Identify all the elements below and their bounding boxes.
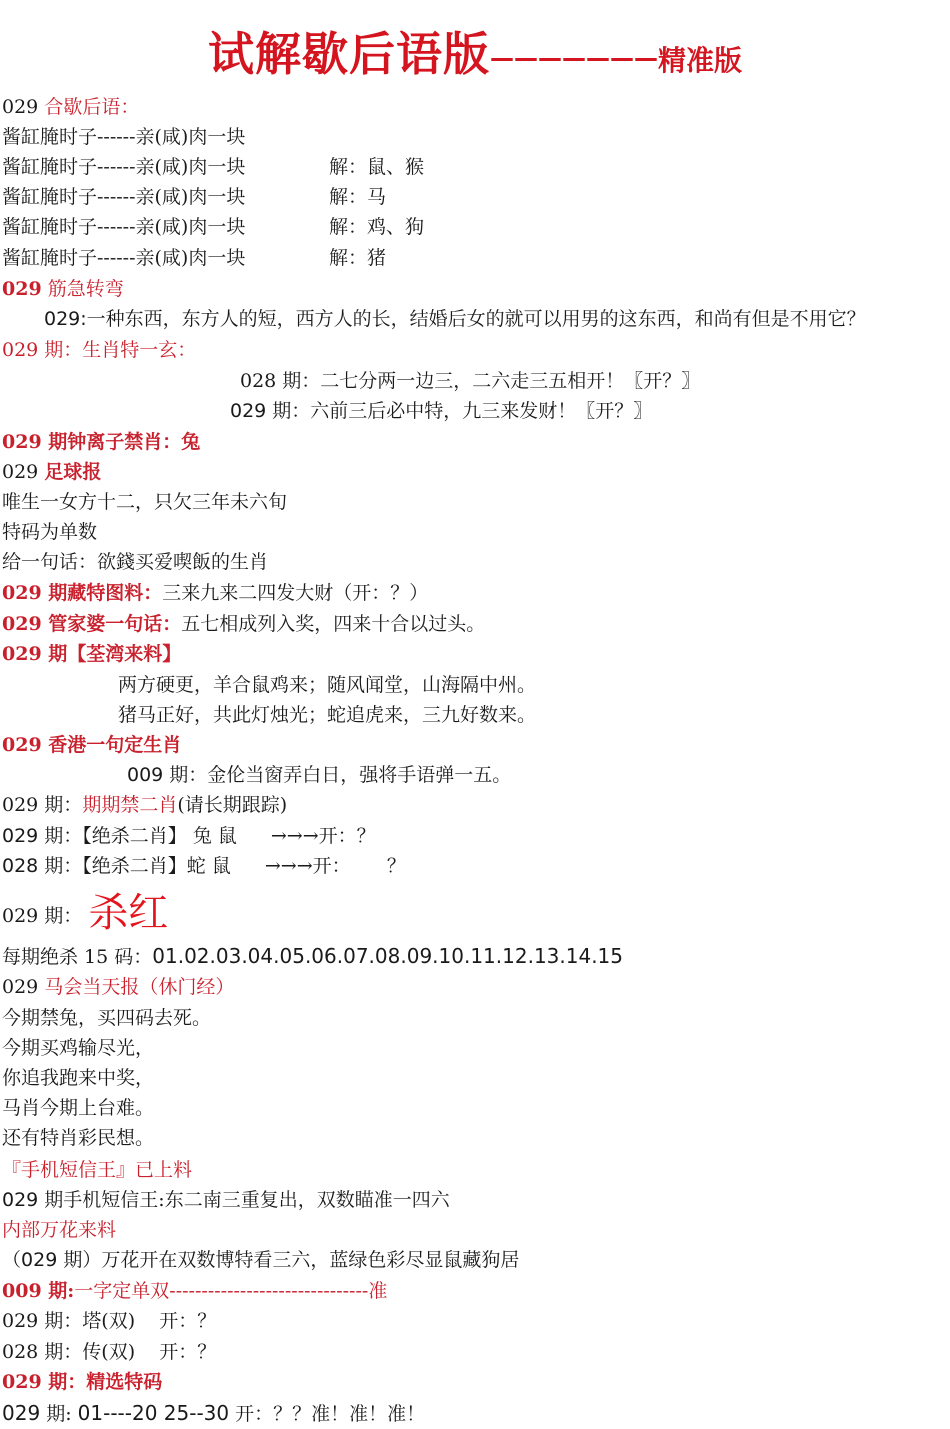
verse-text: 五七相成列入奖，四来十合以过头。: [181, 613, 485, 635]
page-title: 试解歇后语版———————精准版: [0, 18, 950, 84]
mahui-line: 你追我跑来中奖，: [2, 1063, 154, 1093]
verse-text: 期：六前三后必中特，九三来发财！〖开？〗: [266, 400, 652, 422]
xiehouyu-line: 酱缸腌时子------亲(咸)肉一块 解：鼠、猴: [2, 152, 942, 182]
kill-color-text: 杀红: [88, 890, 168, 936]
football-line: 唯生一女方十二，只欠三年未六旬: [2, 487, 287, 517]
section-heading: 029 期藏特图料：: [2, 582, 162, 604]
xiehouyu-line: 酱缸腌时子------亲(咸)肉一块 解：鸡、狗: [2, 212, 942, 242]
section-heading: 足球报: [44, 461, 101, 483]
question-text: 一种东西，东方人的短，西方人的长，结婚后女的就可以用男的这东西，和尚有但是不用它…: [87, 308, 866, 330]
section-heading: 合歇后语：: [44, 96, 139, 118]
issue-number: 029 期：: [2, 905, 82, 927]
jin-er-xiao-row: 028 期：【绝杀二肖】蛇 鼠→→→开： ？: [2, 851, 406, 881]
xiehouyu-line: 酱缸腌时子------亲(咸)肉一块 解：马: [2, 182, 942, 212]
jingxuan-row: 029 期: 01----20 25--30 开：？？准！准！准！: [2, 1398, 425, 1428]
riddle-text: 酱缸腌时子------亲(咸)肉一块: [2, 247, 245, 269]
bracket: （: [2, 1249, 21, 1271]
number-range: 01----20 25--30: [78, 1401, 229, 1425]
issue-number: 029 期: [2, 643, 67, 665]
shengxiao-line-028: 028 期：二七分两一边三，二六走三五相开！〖开？〗: [240, 366, 700, 396]
row-text: 期：【绝杀二肖】蛇 鼠: [38, 855, 231, 877]
shengxiao-line-029: 029 期：六前三后必中特，九三来发财！〖开？〗: [230, 396, 652, 426]
issue-number: 029: [2, 461, 38, 483]
kill15-label: 每期绝杀 15 码：: [2, 946, 152, 968]
issue-number: 028: [2, 855, 38, 877]
danshuang-heading: 009 期:一字定单双-----------------------------…: [2, 1276, 387, 1306]
jin-er-xiao-heading: 029 期：期期禁二肖(请长期跟踪): [2, 790, 287, 820]
jin-er-xiao-row: 029 期：【绝杀二肖】 兔 鼠→→→开：？: [2, 821, 376, 851]
issue-number: 028: [240, 370, 276, 392]
issue-number: 029: [2, 825, 38, 847]
riddle-text: 酱缸腌时子------亲(咸)肉一块: [2, 126, 245, 148]
kill15-numbers: 01.02.03.04.05.06.07.08.09.10.11.12.13.1…: [152, 944, 623, 968]
issue-number: 029 期：: [2, 794, 82, 816]
verse-text: 期：二七分两一边三，二六走三五相开！〖开？〗: [276, 370, 700, 392]
shengxiao-heading: 029 期：生肖特一玄：: [2, 335, 196, 365]
danshuang-row: 028 期：传(双) 开：？: [2, 1337, 216, 1367]
xiehouyu-heading: 029 合歇后语：: [2, 92, 139, 122]
mahui-heading: 029 马会当天报（休门经）: [2, 972, 234, 1002]
sms-heading: 『手机短信王』已上料: [2, 1155, 192, 1185]
issue-number: 029:: [44, 308, 87, 330]
section-heading: 【荃湾来料】: [67, 643, 181, 665]
wanhua-line: （029 期）万花开在双数博特看三六，蓝绿色彩尽显鼠藏狗居: [2, 1245, 519, 1275]
section-heading: 一字定单双-------------------------------准: [74, 1280, 387, 1302]
jingxuan-heading: 029 期：精选特码: [2, 1367, 162, 1397]
result-text: 开：？？准！准！准！: [229, 1403, 425, 1425]
section-heading: 期期禁二肖: [82, 794, 177, 816]
brain-teaser-heading: 029 筋急转弯: [2, 274, 124, 304]
issue-number: 029: [2, 976, 38, 998]
issue-number: 029: [2, 96, 38, 118]
issue-number: 029: [21, 1249, 57, 1271]
result-text: →→→开：？: [271, 825, 376, 847]
note-text: (请长期跟踪): [177, 794, 287, 816]
zhongli-heading: 029 期钟离子禁肖：兔: [2, 427, 200, 457]
title-main: 试解歇后语版: [208, 27, 490, 81]
football-heading: 029 足球报: [2, 457, 101, 487]
verse-text: 三来九来二四发大财（开：？）: [162, 582, 428, 604]
verse-text: 期）万花开在双数博特看三六，蓝绿色彩尽显鼠藏狗居: [57, 1249, 519, 1271]
riddle-answer: 解：鼠、猴: [329, 152, 424, 182]
hongkong-heading: 029 香港一句定生肖: [2, 730, 181, 760]
kill15-line: 每期绝杀 15 码：01.02.03.04.05.06.07.08.09.10.…: [2, 941, 623, 971]
football-line: 特码为单数: [2, 517, 97, 547]
title-subtitle: 精准版: [658, 44, 742, 77]
issue-number: 029: [2, 1189, 38, 1211]
issue-number: 029: [2, 1401, 40, 1425]
guanjiapo-line: 029 管家婆一句话：五七相成列入奖，四来十合以过头。: [2, 609, 485, 639]
mahui-line: 马肖今期上台难。: [2, 1093, 154, 1123]
issue-number: 009 期:: [2, 1280, 74, 1302]
result-text: →→→开： ？: [265, 855, 406, 877]
verse-text: 期：金伦当窗弄白日，强将手语弹一五。: [163, 764, 511, 786]
football-line: 给一句话：欲錢买爱喫飯的生肖: [2, 547, 268, 577]
riddle-answer: 解：鸡、狗: [329, 212, 424, 242]
period-label: 期:: [40, 1403, 77, 1425]
xiehouyu-line: 酱缸腌时子------亲(咸)肉一块: [2, 122, 942, 152]
hongkong-line: 009 期：金伦当窗弄白日，强将手语弹一五。: [127, 760, 511, 790]
xiehouyu-line: 酱缸腌时子------亲(咸)肉一块 解：猪: [2, 243, 942, 273]
riddle-text: 酱缸腌时子------亲(咸)肉一块: [2, 216, 245, 238]
section-heading: 马会当天报（休门经）: [44, 976, 234, 998]
quanwan-line: 猪马正好，共此灯烛光；蛇追虎来，三九好数来。: [118, 700, 536, 730]
riddle-answer: 解：马: [329, 182, 386, 212]
danshuang-row: 029 期：塔(双) 开：？: [2, 1306, 216, 1336]
mahui-line: 今期买鸡输尽光，: [2, 1033, 154, 1063]
riddle-text: 酱缸腌时子------亲(咸)肉一块: [2, 186, 245, 208]
riddle-answer: 解：猪: [329, 243, 386, 273]
quanwan-line: 两方硬更，羊合鼠鸡来；随风闻堂，山海隔中州。: [118, 670, 536, 700]
row-text: 期：【绝杀二肖】 兔 鼠: [38, 825, 237, 847]
title-dash: ———————: [490, 44, 658, 72]
quanwan-heading: 029 期【荃湾来料】: [2, 639, 181, 669]
mahui-line: 今期禁兔，买四码去死。: [2, 1003, 211, 1033]
riddle-text: 酱缸腌时子------亲(咸)肉一块: [2, 156, 245, 178]
wanhua-heading: 内部万花来料: [2, 1215, 116, 1245]
issue-number: 029: [2, 278, 42, 300]
verse-text: 期手机短信王:东二南三重复出，双数瞄准一四六: [38, 1189, 449, 1211]
issue-number: 009: [127, 764, 163, 786]
section-heading: 029 管家婆一句话：: [2, 613, 181, 635]
issue-number: 029: [230, 400, 266, 422]
brain-teaser-question: 029:一种东西，东方人的短，西方人的长，结婚后女的就可以用男的这东西，和尚有但…: [44, 304, 866, 334]
sha-hong-line: 029 期：杀红: [2, 888, 168, 938]
mahui-line: 还有特肖彩民想。: [2, 1123, 154, 1153]
section-heading: 筋急转弯: [48, 278, 124, 300]
cangte-line: 029 期藏特图料：三来九来二四发大财（开：？）: [2, 578, 428, 608]
sms-line: 029 期手机短信王:东二南三重复出，双数瞄准一四六: [2, 1185, 450, 1215]
